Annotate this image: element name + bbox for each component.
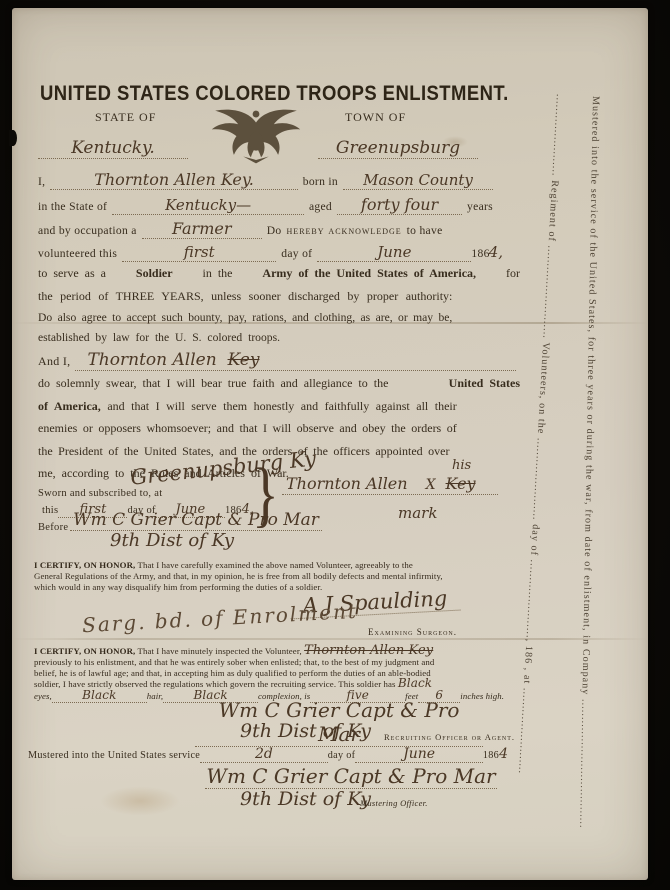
mark-handwriting: mark bbox=[398, 504, 437, 522]
aged-label: aged bbox=[309, 200, 332, 213]
age-field: forty four bbox=[337, 195, 462, 215]
volunteer-signature-field: Thornton Allen X Key bbox=[282, 474, 498, 495]
to-have-label: to have bbox=[407, 224, 443, 237]
muster-year-printed: 186 bbox=[483, 750, 499, 761]
occupation-handwriting: Farmer bbox=[172, 219, 232, 238]
oath-l2-bold: of America, bbox=[38, 399, 101, 413]
state2-handwriting: Kentucky— bbox=[165, 196, 251, 214]
and-i-label: And I, bbox=[38, 354, 70, 369]
muster-signature-field: Wm C Grier Capt & Pro Mar bbox=[205, 764, 497, 789]
eyes-label: eyes, bbox=[34, 691, 52, 702]
muster-district-handwriting: 9th Dist of Ky bbox=[240, 788, 371, 810]
mustered-label: Mustered into the United States service bbox=[28, 750, 200, 761]
muster-day-field: 2d bbox=[200, 746, 328, 763]
oath-name-handwriting: Thornton Allen bbox=[87, 350, 216, 370]
state-of-label: STATE OF bbox=[95, 110, 156, 125]
cert2-l1: That I have minutely inspected the Volun… bbox=[137, 646, 301, 656]
agree-line: Do also agree to accept such bounty, pay… bbox=[38, 311, 520, 324]
serve-pre: to serve as a bbox=[38, 266, 106, 281]
soldier-bold: Soldier bbox=[136, 266, 173, 281]
year-handwriting: 4, bbox=[489, 243, 503, 261]
muster-year-handwriting: 4 bbox=[499, 746, 508, 762]
town-handwriting: Greenupsburg bbox=[336, 138, 460, 158]
oath-l2: and that I will serve them honestly and … bbox=[107, 399, 456, 413]
period-line: the period of THREE YEARS, unless sooner… bbox=[38, 289, 520, 304]
occupation-label: and by occupation a bbox=[38, 224, 137, 237]
oath-name-struck: Key bbox=[228, 350, 260, 370]
volunteered-label: volunteered this bbox=[38, 247, 117, 260]
this-label: this bbox=[42, 505, 58, 516]
cert2-lead: I CERTIFY, ON HONOR, bbox=[34, 646, 135, 656]
x-mark-handwriting: X bbox=[426, 477, 436, 493]
age-handwriting: forty four bbox=[361, 195, 438, 214]
muster-month-field: June bbox=[355, 746, 483, 763]
cert1-l2: General Regulations of the Army, and tha… bbox=[34, 571, 526, 582]
officer-signature-field: Wm C Grier Capt & Pro Mar bbox=[70, 510, 322, 531]
enrolment-overwrite-handwriting: Sarg. bd. of Enrolment bbox=[82, 599, 359, 637]
his-handwriting: his bbox=[452, 458, 471, 473]
oath-name-field: Thornton Allen Key bbox=[75, 350, 516, 371]
vol-month-field: June bbox=[317, 243, 471, 262]
muster-day-handwriting: 2d bbox=[255, 746, 273, 762]
enlistment-form-paper: UNITED STATES COLORED TROOPS ENLISTMENT.… bbox=[12, 8, 648, 880]
cert1-l1: That I have carefully examined the above… bbox=[137, 560, 412, 570]
muster-day-of-label: day of bbox=[328, 750, 356, 761]
state2-field: Kentucky— bbox=[112, 196, 304, 215]
before-label: Before bbox=[38, 522, 68, 533]
oath-l1-bold: United States bbox=[449, 376, 520, 391]
do-label: Do bbox=[267, 224, 282, 237]
muster-month-handwriting: June bbox=[403, 746, 435, 762]
agree-line2: established by law for the U. S. colored… bbox=[38, 331, 520, 344]
hair-color-handwriting: Black bbox=[82, 688, 116, 702]
town-value-field: Greenupsburg bbox=[318, 138, 478, 159]
town-of-label: TOWN OF bbox=[345, 110, 406, 125]
cert2-l3: belief, he is of lawful age; and that, i… bbox=[34, 668, 528, 679]
army-bold: Army of the United States of America, bbox=[262, 266, 476, 281]
eagle-icon bbox=[205, 98, 307, 176]
name-field: Thornton Allen Key. bbox=[50, 170, 297, 190]
birthplace-handwriting: Mason County bbox=[363, 171, 473, 189]
hair-color-field: Black bbox=[52, 690, 147, 703]
in-state-label: in the State of bbox=[38, 200, 107, 213]
cert2-volunteer-name: Thornton Allen Key bbox=[304, 643, 433, 658]
oath-l3: enemies or opposers whomsoever; and that… bbox=[38, 421, 520, 436]
officer-signature: Wm C Grier Capt & Pro Mar bbox=[73, 510, 319, 530]
years-label: years bbox=[467, 200, 493, 213]
cert2-l2: previously to his enlistment, and that h… bbox=[34, 657, 528, 668]
cert1-lead: I CERTIFY, ON HONOR, bbox=[34, 560, 135, 570]
day-of-label: day of bbox=[281, 247, 312, 260]
vol-day-field: first bbox=[122, 243, 276, 262]
oath-l1: do solemnly swear, that I will bear true… bbox=[38, 376, 388, 391]
state-handwriting: Kentucky. bbox=[71, 138, 155, 158]
paper-stain bbox=[100, 786, 180, 816]
name-handwriting: Thornton Allen Key. bbox=[94, 170, 254, 189]
vol-month-handwriting: June bbox=[377, 243, 411, 261]
serve-mid: in the bbox=[203, 266, 233, 281]
muster-signature: Wm C Grier Capt & Pro Mar bbox=[206, 764, 495, 788]
eyes-color-handwriting: Black bbox=[398, 676, 432, 690]
recruiter-district-handwriting: 9th Dist of Ky bbox=[240, 720, 371, 742]
hair-label: hair, bbox=[147, 691, 163, 702]
sworn-label: Sworn and subscribed to, at bbox=[38, 488, 162, 499]
year-printed: 186 bbox=[471, 247, 489, 260]
paper-edge-notch bbox=[9, 130, 17, 146]
signature-struck: Key bbox=[446, 474, 476, 493]
acknowledge-label: hereby acknowledge bbox=[287, 224, 402, 237]
birthplace-field: Mason County bbox=[343, 171, 493, 190]
born-in-label: born in bbox=[303, 175, 338, 188]
margin-muster-line: Mustered into the service of the United … bbox=[576, 96, 601, 874]
i-label: I, bbox=[38, 175, 45, 188]
volunteer-signature: Thornton Allen bbox=[286, 474, 408, 493]
state-value-field: Kentucky. bbox=[38, 138, 188, 159]
fold-crease bbox=[12, 638, 648, 640]
serve-post: for bbox=[506, 266, 520, 281]
occupation-field: Farmer bbox=[142, 219, 262, 239]
district-handwriting: 9th Dist of Ky bbox=[110, 530, 234, 551]
recruiting-officer-label: Recruiting Officer or Agent. bbox=[384, 732, 515, 742]
certify-recruiter-paragraph: I CERTIFY, ON HONOR, That I have minutel… bbox=[34, 646, 528, 703]
examining-surgeon-label: Examining Surgeon. bbox=[368, 627, 457, 637]
vol-day-handwriting: first bbox=[184, 243, 215, 261]
mustering-officer-label: Mustering Officer. bbox=[360, 798, 428, 808]
